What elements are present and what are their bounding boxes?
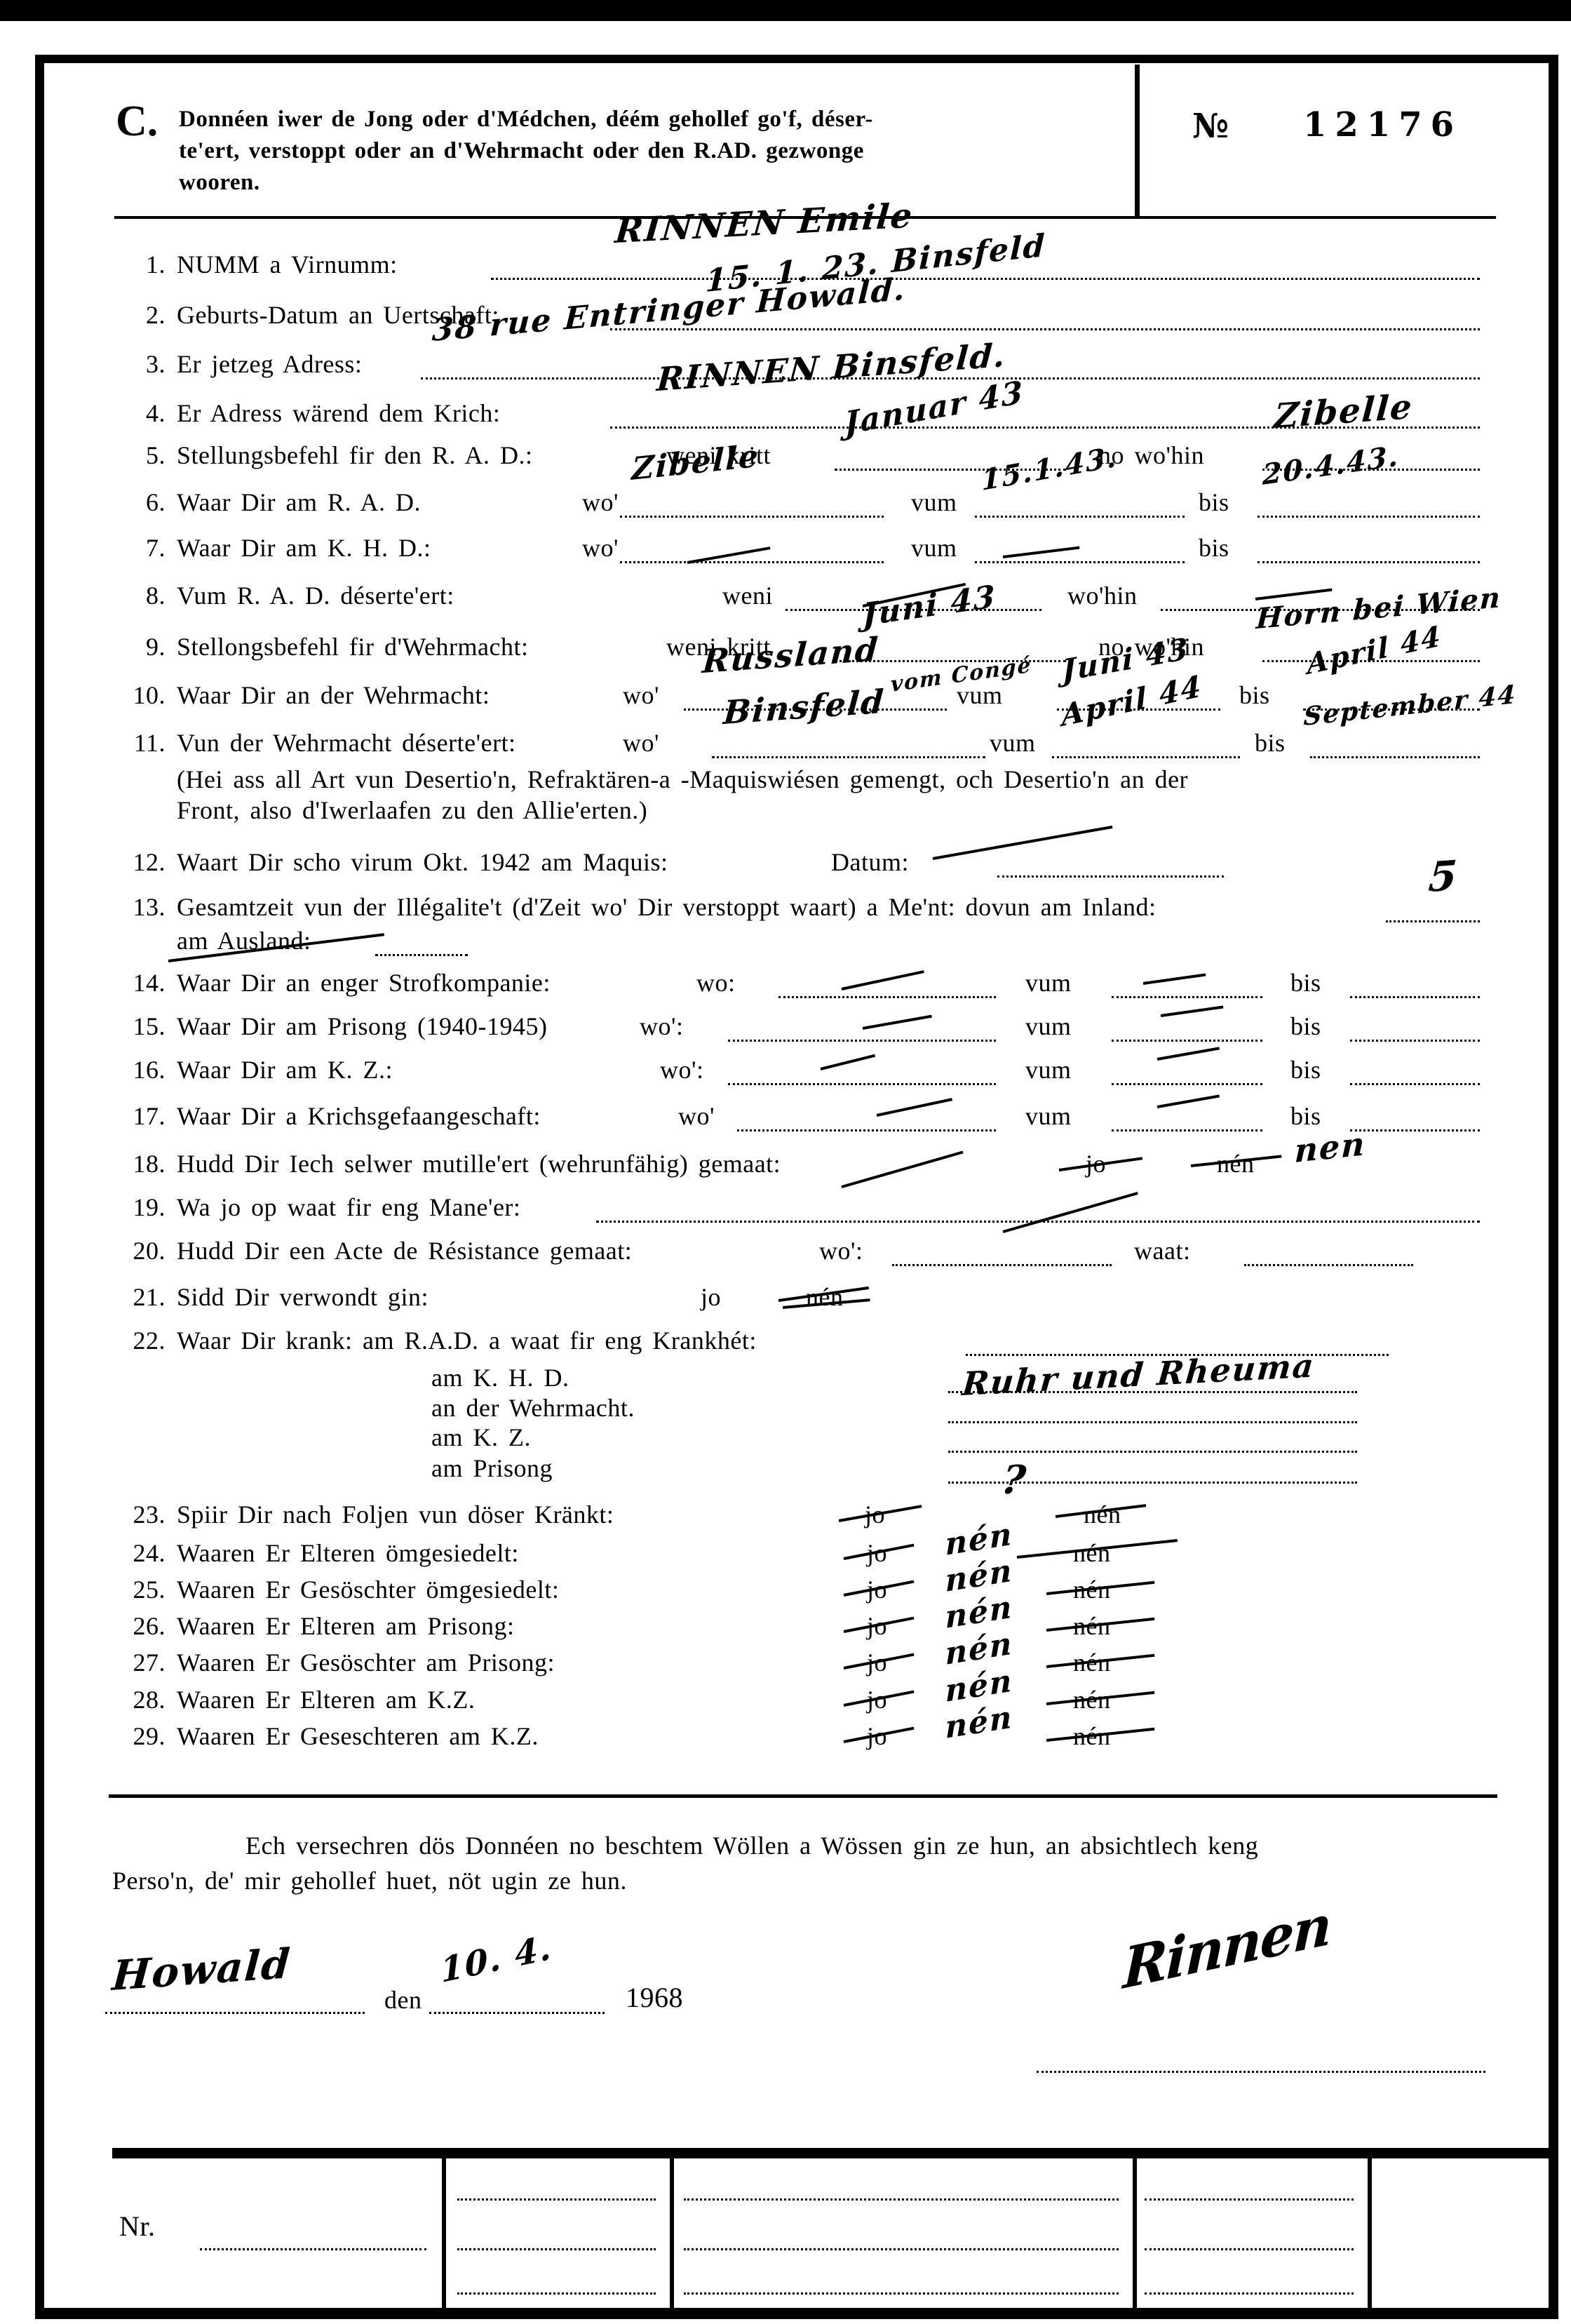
form-title-line-3: wooren. — [179, 170, 260, 196]
field-label: bis — [1290, 969, 1321, 998]
handwritten-dash — [1157, 1047, 1220, 1061]
dotted-line — [1052, 756, 1240, 758]
field-label: wo' — [678, 1103, 715, 1131]
item-number: 5. — [121, 442, 166, 470]
handwritten-dash — [933, 826, 1113, 860]
footer-nr-dotted-line — [200, 2248, 426, 2250]
den-label: den — [384, 1987, 422, 2015]
dotted-line — [892, 1264, 1112, 1266]
footer-cell-dotted — [684, 2248, 1119, 2250]
item-11-note-line-1: (Hei ass all Art vun Desertio'n, Refrakt… — [177, 766, 1188, 794]
handwritten-dash — [1143, 973, 1206, 984]
item-number: 25. — [121, 1576, 166, 1604]
form-number-label: № — [1192, 107, 1229, 146]
section-letter: C. — [116, 97, 158, 147]
footer-table-bottom-bar — [35, 2308, 1558, 2319]
footer-cell-dotted — [457, 2198, 656, 2201]
field-label: vum — [911, 489, 957, 517]
item-number: 21. — [121, 1284, 166, 1312]
handwritten-value: nén — [945, 1702, 1013, 1744]
footer-nr-label: Nr. — [119, 2211, 156, 2242]
item-label: Waar Dir an enger Strofkompanie: — [177, 969, 551, 998]
item-label: Waaren Er Gesöschter ömgesiedelt: — [177, 1576, 559, 1604]
field-label: Datum: — [831, 849, 909, 877]
field-label: nén — [1084, 1501, 1121, 1529]
item-label: Waaren Er Elteren am Prisong: — [177, 1613, 514, 1641]
item-number: 10. — [121, 682, 166, 710]
field-label: nén — [1217, 1150, 1254, 1178]
dotted-line — [948, 1421, 1357, 1423]
item-label: Hudd Dir Iech selwer mutille'ert (wehrun… — [177, 1150, 781, 1178]
form-number-value: 12176 — [1303, 105, 1462, 145]
dotted-line — [1112, 1040, 1262, 1042]
sub-label: an der Wehrmacht. — [431, 1395, 635, 1423]
signature-dotted-line — [1037, 2071, 1485, 2073]
footer-cell-dotted — [684, 2292, 1119, 2295]
dotted-line — [1112, 1129, 1262, 1131]
item-label: Wa jo op waat fir eng Mane'er: — [177, 1194, 520, 1222]
year-label: 1968 — [626, 1982, 683, 2013]
field-label: wo': — [640, 1013, 684, 1041]
dotted-line — [620, 516, 884, 518]
item-label: Waart Dir scho virum Okt. 1942 am Maquis… — [177, 849, 668, 877]
item-number: 6. — [121, 489, 166, 517]
item-label: Waar Dir am Prisong (1940-1945) — [177, 1013, 548, 1041]
page-border-top — [35, 55, 1558, 63]
footer-cell-dotted — [684, 2198, 1119, 2201]
field-label: vum — [1025, 1056, 1072, 1084]
handwritten-value: RINNEN Emile — [614, 199, 915, 248]
dotted-line — [1350, 1129, 1480, 1131]
dotted-line — [1350, 1083, 1480, 1085]
item-number: 23. — [121, 1501, 166, 1529]
dotted-line — [737, 1129, 996, 1131]
handwritten-value: Januar 43 — [844, 377, 1024, 440]
dotted-line — [728, 1040, 996, 1042]
item-number: 22. — [121, 1327, 166, 1355]
item-label: Waar Dir am K. H. D.: — [177, 535, 431, 563]
scanned-form-page: { "page": { "number_label": "№", "number… — [0, 0, 1571, 2324]
handwritten-value: 38 rue Entringer Howald. — [431, 274, 907, 347]
field-label: waat: — [1134, 1237, 1190, 1265]
dotted-line — [491, 278, 1480, 280]
field-label: vum — [1025, 1103, 1072, 1131]
dotted-line — [1350, 996, 1480, 998]
item-label: Waaren Er Elteren ömgesiedelt: — [177, 1540, 519, 1568]
form-title-line-1: Donnéen iwer de Jong oder d'Médchen, déé… — [179, 107, 873, 133]
dotted-line — [975, 561, 1185, 563]
item-number: 19. — [121, 1194, 166, 1222]
page-border-right — [1549, 55, 1558, 2319]
footer-table-top-bar — [112, 2148, 1553, 2158]
item-label: Sidd Dir verwondt gin: — [177, 1284, 429, 1312]
handwritten-dash — [1003, 546, 1080, 558]
item-number: 29. — [121, 1723, 166, 1751]
item-number: 2. — [121, 302, 166, 330]
field-label: bis — [1290, 1056, 1321, 1084]
item-number: 27. — [121, 1649, 166, 1677]
handwritten-value: Binsfeld — [722, 685, 886, 729]
footer-cell-dotted — [1145, 2198, 1354, 2201]
field-label: wo' — [582, 489, 619, 517]
dotted-line — [728, 1083, 996, 1085]
sub-label: am K. H. D. — [431, 1364, 569, 1392]
field-label: vum — [911, 535, 957, 563]
footer-cell-dotted — [1145, 2248, 1354, 2250]
page-border-left — [35, 55, 44, 2315]
dotted-line — [712, 756, 985, 758]
handwritten-value: nen — [1294, 1127, 1366, 1167]
item-label: Waar Dir am K. Z.: — [177, 1056, 393, 1084]
item-label: Gesamtzeit vun der Illégalite't (d'Zeit … — [177, 894, 1157, 922]
handwritten-place: Howald — [111, 1943, 292, 1996]
handwritten-date: 10. 4. — [440, 1930, 553, 1988]
footer-col-divider-1 — [442, 2158, 446, 2308]
item-number: 28. — [121, 1686, 166, 1714]
header-divider — [1135, 65, 1140, 217]
handwritten-dash — [842, 970, 924, 990]
footer-col-divider-2 — [670, 2158, 674, 2308]
item-label: Waar Dir krank: am R.A.D. a waat fir eng… — [177, 1327, 757, 1355]
dotted-line — [1112, 996, 1262, 998]
item-number: 20. — [121, 1237, 166, 1265]
item-number: 9. — [121, 633, 166, 661]
item-number: 3. — [121, 351, 166, 379]
item-number: 11. — [121, 730, 166, 758]
field-label: wo' — [623, 682, 659, 710]
handwritten-value: September 44 — [1303, 682, 1517, 730]
dotted-line — [375, 954, 468, 956]
field-label: bis — [1199, 489, 1229, 517]
item-number: 13. — [121, 894, 166, 922]
field-label: bis — [1199, 535, 1229, 563]
declaration-line-1: Ech versechren dös Donnéen no beschtem W… — [245, 1832, 1258, 1860]
dotted-line — [1350, 1040, 1480, 1042]
item-11-note-line-2: Front, also d'Iwerlaafen zu den Allie'er… — [177, 797, 647, 825]
handwritten-dash — [1002, 1192, 1138, 1233]
handwritten-value: Zibelle — [631, 441, 760, 485]
item-label: Waaren Er Elteren am K.Z. — [177, 1686, 475, 1714]
dotted-line — [778, 996, 996, 998]
field-label: weni — [722, 582, 773, 610]
item-label: Waar Dir am R. A. D. — [177, 489, 421, 517]
item-label: NUMM a Virnumm: — [177, 251, 398, 279]
field-label: bis — [1290, 1013, 1321, 1041]
field-label: nén — [806, 1284, 843, 1312]
declaration-line-2: Perso'n, de' mir gehollef huet, nöt ugin… — [112, 1867, 627, 1895]
field-label: wo': — [660, 1056, 704, 1084]
handwritten-dash — [1161, 1005, 1224, 1016]
handwritten-value: April 44 — [1306, 622, 1443, 679]
dotted-line — [1310, 756, 1480, 758]
handwritten-value: 20.4.43. — [1262, 442, 1399, 490]
handwritten-dash — [1157, 1094, 1220, 1108]
scan-top-bar — [0, 0, 1571, 21]
dotted-line — [1112, 1083, 1262, 1085]
handwritten-signature: Rinnen — [1122, 1898, 1331, 1998]
item-label: Waaren Er Geseschteren am K.Z. — [177, 1723, 539, 1751]
field-label: bis — [1239, 682, 1270, 710]
handwritten-dash — [863, 1015, 932, 1030]
item-number: 14. — [121, 969, 166, 998]
dotted-line — [1258, 561, 1480, 563]
handwritten-value: Juni 43 — [863, 582, 996, 631]
item-label: Er Adress wärend dem Krich: — [177, 400, 500, 428]
item-label: Waar Dir a Krichsgefaangeschaft: — [177, 1103, 541, 1131]
item-label: Vun der Wehrmacht déserte'ert: — [177, 730, 516, 758]
field-label: bis — [1290, 1103, 1321, 1131]
field-label: jo — [701, 1284, 721, 1312]
place-dotted-line — [105, 2012, 365, 2014]
field-label: wo: — [696, 969, 736, 998]
item-number: 7. — [121, 535, 166, 563]
footer-cell-dotted — [457, 2248, 656, 2250]
item-label: Er jetzeg Adress: — [177, 351, 362, 379]
field-label: nén — [1073, 1540, 1110, 1568]
footer-col-divider-3 — [1133, 2158, 1137, 2308]
sub-label: am Prisong — [431, 1455, 553, 1483]
dotted-line — [620, 561, 884, 563]
item-label: Hudd Dir een Acte de Résistance gemaat: — [177, 1237, 632, 1265]
dotted-line — [948, 1451, 1357, 1453]
field-label: bis — [1255, 730, 1286, 758]
handwritten-value: 5 — [1427, 855, 1459, 898]
item-number: 1. — [121, 251, 166, 279]
item-label: Waar Dir an der Wehrmacht: — [177, 682, 490, 710]
handwritten-value: Horn bei Wien — [1255, 584, 1502, 633]
item-label: Stellongsbefehl fir d'Wehrmacht: — [177, 633, 528, 661]
field-label: vum — [1025, 1013, 1072, 1041]
dotted-line — [997, 875, 1224, 878]
field-label: vum — [1025, 969, 1072, 998]
field-label: wo' — [582, 535, 619, 563]
handwritten-dash — [877, 1098, 952, 1117]
item-number: 12. — [121, 849, 166, 877]
item-number: 26. — [121, 1613, 166, 1641]
dotted-line — [1244, 1264, 1413, 1266]
dotted-line — [1258, 516, 1480, 518]
footer-cell-dotted — [457, 2292, 656, 2295]
handwritten-value: ? — [999, 1460, 1030, 1500]
form-title-line-2: te'ert, verstoppt oder an d'Wehrmacht od… — [179, 138, 864, 164]
field-label: wo' — [623, 730, 659, 758]
item-number: 4. — [121, 400, 166, 428]
date-dotted-line — [429, 2012, 605, 2014]
footer-col-divider-4 — [1368, 2158, 1372, 2308]
sub-label: am K. Z. — [431, 1424, 531, 1452]
field-label: vum — [990, 730, 1036, 758]
dotted-line — [975, 516, 1185, 518]
declaration-rule — [109, 1794, 1497, 1798]
item-number: 16. — [121, 1056, 166, 1084]
item-label: Waaren Er Gesöschter am Prisong: — [177, 1649, 555, 1677]
item-label: Spiir Dir nach Foljen vun döser Kränkt: — [177, 1501, 614, 1529]
footer-cell-dotted — [1145, 2292, 1354, 2295]
field-label: wo': — [819, 1237, 863, 1265]
item-number: 8. — [121, 582, 166, 610]
handwritten-dash — [821, 1054, 876, 1070]
field-label: wo'hin — [1067, 582, 1138, 610]
dotted-line — [1386, 920, 1480, 922]
item-label: Vum R. A. D. déserte'ert: — [177, 582, 454, 610]
dotted-line — [610, 328, 1480, 330]
item-number: 24. — [121, 1540, 166, 1568]
item-number: 17. — [121, 1103, 166, 1131]
item-number: 18. — [121, 1150, 166, 1178]
item-number: 15. — [121, 1013, 166, 1041]
handwritten-value: 15.1.43. — [981, 443, 1118, 495]
handwritten-value: Zibelle — [1273, 390, 1414, 434]
item-label: Stellungsbefehl fir den R. A. D.: — [177, 442, 532, 470]
handwritten-dash — [841, 1150, 963, 1188]
